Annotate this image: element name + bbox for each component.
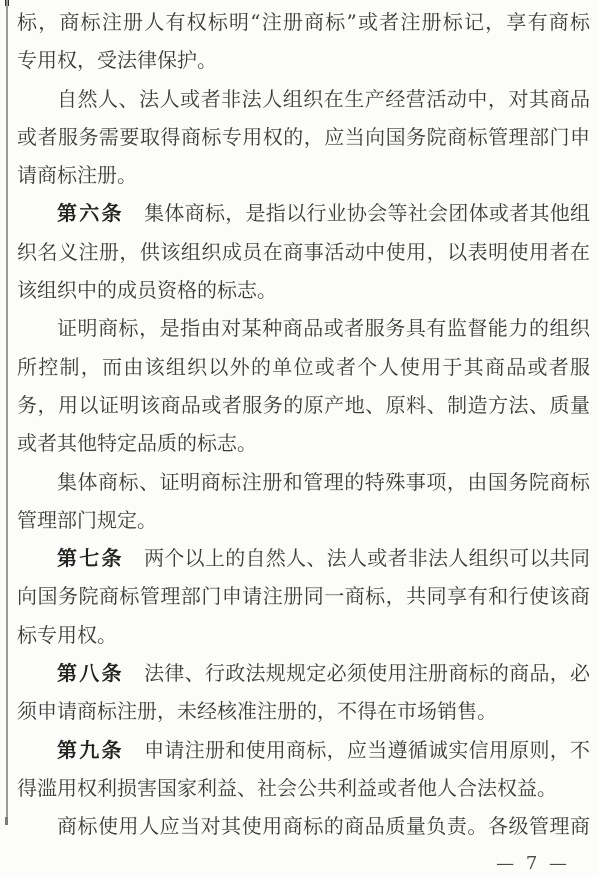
line-text: 向国务院商标管理部门申请注册同一商标，共同享有和行使该商 (17, 584, 590, 608)
article-number: 第七条 (57, 546, 124, 570)
line-text: 集体商标、证明商标注册和管理的特殊事项，由国务院商标 (57, 470, 590, 494)
line-text: 务，用以证明该商品或者服务的原产地、原料、制造方法、质量 (17, 393, 590, 417)
text-line: 该组织中的成员资格的标志。 (17, 271, 590, 309)
line-text: 或者服务需要取得商标专用权的，应当向国务院商标管理部门申 (17, 125, 590, 149)
text-line: 须申请商标注册，未经核准注册的，不得在市场销售。 (17, 692, 590, 730)
line-text: 须申请商标注册，未经核准注册的，不得在市场销售。 (17, 699, 497, 723)
line-text: 申请注册和使用商标，应当遵循诚实信用原则，不 (124, 738, 590, 762)
text-line: 向国务院商标管理部门申请注册同一商标，共同享有和行使该商 (17, 577, 590, 615)
line-text: 请商标注册。 (17, 163, 137, 187)
text-line: 标专用权。 (17, 616, 590, 654)
text-line: 管理部门规定。 (17, 501, 590, 539)
article-number: 第八条 (57, 661, 124, 685)
text-line: 或者服务需要取得商标专用权的，应当向国务院商标管理部门申 (17, 118, 590, 156)
line-text: 专用权，受法律保护。 (17, 48, 217, 72)
line-text: 两个以上的自然人、法人或者非法人组织可以共同 (124, 546, 590, 570)
text-line: 专用权，受法律保护。 (17, 41, 590, 79)
page-number: — 7 — (17, 851, 590, 877)
text-line: 集体商标、证明商标注册和管理的特殊事项，由国务院商标 (17, 463, 590, 501)
line-text: 织名义注册，供该组织成员在商事活动中使用，以表明使用者在 (17, 240, 590, 264)
line-text: 法律、行政法规规定必须使用注册商标的商品，必 (124, 661, 590, 685)
text-line-article-6: 第六条 集体商标，是指以行业协会等社会团体或者其他组 (17, 194, 590, 232)
line-text: 证明商标，是指由对某种商品或者服务具有监督能力的组织 (57, 316, 590, 340)
line-text: 或者其他特定品质的标志。 (17, 431, 257, 455)
text-line-article-7: 第七条 两个以上的自然人、法人或者非法人组织可以共同 (17, 539, 590, 577)
text-line: 标，商标注册人有权标明“注册商标”或者注册标记，享有商标 (17, 3, 590, 41)
text-line: 或者其他特定品质的标志。 (17, 424, 590, 462)
text-line: 自然人、法人或者非法人组织在生产经营活动中，对其商品 (17, 80, 590, 118)
line-text: 所控制，而由该组织以外的单位或者个人使用于其商品或者服 (17, 355, 590, 379)
line-text: 标专用权。 (17, 623, 117, 647)
line-text: 管理部门规定。 (17, 508, 157, 532)
text-line: 织名义注册，供该组织成员在商事活动中使用，以表明使用者在 (17, 233, 590, 271)
line-text: 得滥用权利损害国家利益、社会公共利益或者他人合法权益。 (17, 776, 557, 800)
text-line: 得滥用权利损害国家利益、社会公共利益或者他人合法权益。 (17, 769, 590, 807)
article-number: 第六条 (57, 201, 124, 225)
text-line: 所控制，而由该组织以外的单位或者个人使用于其商品或者服 (17, 348, 590, 386)
line-text: 标，商标注册人有权标明“注册商标”或者注册标记，享有商标 (17, 10, 590, 34)
line-text: 商标使用人应当对其使用商标的商品质量负责。各级管理商 (57, 814, 590, 838)
line-text: 该组织中的成员资格的标志。 (17, 278, 277, 302)
line-text: 自然人、法人或者非法人组织在生产经营活动中，对其商品 (57, 87, 590, 111)
text-line: 请商标注册。 (17, 156, 590, 194)
text-line: 务，用以证明该商品或者服务的原产地、原料、制造方法、质量 (17, 386, 590, 424)
text-line: 商标使用人应当对其使用商标的商品质量负责。各级管理商 (17, 807, 590, 845)
line-text: 集体商标，是指以行业协会等社会团体或者其他组 (124, 201, 590, 225)
document-body: 标，商标注册人有权标明“注册商标”或者注册标记，享有商标 专用权，受法律保护。 … (0, 0, 599, 877)
document-page: 标，商标注册人有权标明“注册商标”或者注册标记，享有商标 专用权，受法律保护。 … (0, 0, 599, 877)
text-line: 证明商标，是指由对某种商品或者服务具有监督能力的组织 (17, 309, 590, 347)
article-number: 第九条 (57, 738, 124, 762)
text-line-article-8: 第八条 法律、行政法规规定必须使用注册商标的商品，必 (17, 654, 590, 692)
text-line-article-9: 第九条 申请注册和使用商标，应当遵循诚实信用原则，不 (17, 731, 590, 769)
